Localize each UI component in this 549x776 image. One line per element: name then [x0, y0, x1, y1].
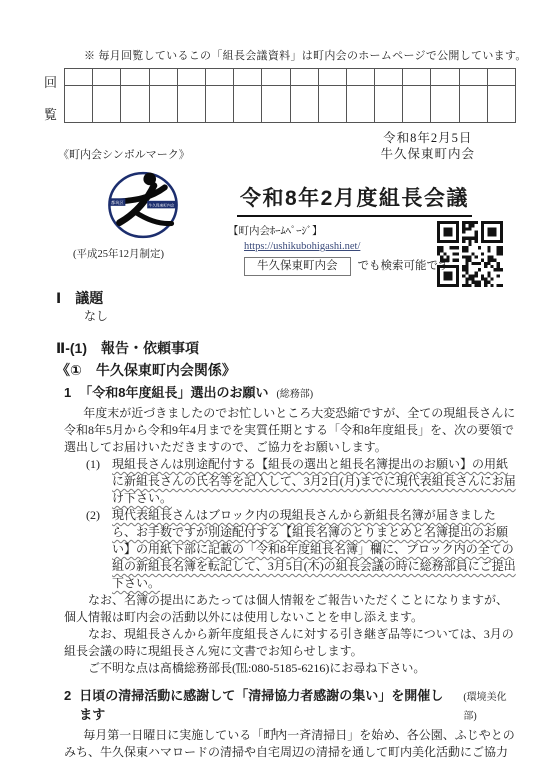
- document-body: Ⅰ 議題 なし Ⅱ-(1) 報告・依頼事項 《① 牛久保東町内会関係》 1 「令…: [56, 288, 518, 761]
- homepage-block: 【町内会ﾎｰﾑﾍﾟｰｼﾞ】 https://ushikubohigashi.ne…: [228, 225, 450, 276]
- list-item: (1) 現組長さんは別途配付する【組長の選出と組長名簿提出のお願い】の用紙に新組…: [86, 456, 518, 507]
- report-item-2-heading: 2 日頃の清掃活動に感謝して「清掃協力者感謝の集い」を開催します (環境美化部): [64, 686, 518, 726]
- kairan-cell: [318, 86, 346, 123]
- kairan-cell: [403, 69, 431, 86]
- kairan-cell: [65, 86, 93, 123]
- list-item: (2) 現代表組長さんはブロック内の現組長さんから新組長名簿が届きましたら、お手…: [86, 507, 518, 592]
- search-keyword-box: 牛久保東町内会: [244, 257, 351, 276]
- kairan-cell: [234, 69, 262, 86]
- agenda-content: なし: [84, 308, 518, 325]
- kairan-cell: [459, 86, 487, 123]
- item-1-list: (1) 現組長さんは別途配付する【組長の選出と組長名簿提出のお願い】の用紙に新組…: [86, 456, 518, 592]
- report-item-1: 1 「令和8年度組長」選出のお願い (総務部) 年度末が近づきましたのでお忙しい…: [56, 383, 518, 677]
- kairan-cell: [205, 86, 233, 123]
- kairan-cell: [177, 69, 205, 86]
- kairan-cell: [65, 69, 93, 86]
- symbol-established-note: (平成25年12月制定): [73, 246, 164, 261]
- list-marker: (2): [86, 507, 112, 592]
- kairan-cell: [205, 69, 233, 86]
- item-1-note-3: ご不明な点は髙橋総務部長(℡:080-5185-6216)にお尋ね下さい。: [64, 660, 518, 677]
- date-block: 令和8年2月5日 牛久保東町内会: [380, 130, 475, 162]
- kairan-cell: [121, 69, 149, 86]
- homepage-label: 【町内会ﾎｰﾑﾍﾟｰｼﾞ】: [228, 226, 323, 237]
- kairan-cell: [375, 86, 403, 123]
- item-department: (総務部): [276, 385, 313, 404]
- kairan-cell: [290, 69, 318, 86]
- town-association-logo: 都筑区 牛久保東町内会: [101, 165, 185, 245]
- logo-icon: 都筑区 牛久保東町内会: [101, 165, 185, 245]
- report-item-1-heading: 1 「令和8年度組長」選出のお願い (総務部): [64, 383, 518, 404]
- kairan-cell: [318, 69, 346, 86]
- kairan-cell: [121, 86, 149, 123]
- document-date: 令和8年2月5日: [380, 130, 475, 146]
- kairan-cell: [262, 86, 290, 123]
- item-number: 2: [64, 686, 71, 705]
- kairan-cell: [93, 69, 121, 86]
- search-hint: 牛久保東町内会 でも検索可能です: [244, 257, 450, 276]
- circulation-label: 回 覧: [42, 68, 60, 126]
- item-1-note-1: なお、名簿の提出にあたっては個人情報をご報告いただくことになりますが、個人情報は…: [64, 592, 518, 626]
- search-hint-text: でも検索可能です: [358, 260, 450, 273]
- kairan-cell: [149, 69, 177, 86]
- kairan-cell: [177, 86, 205, 123]
- kairan-cell: [375, 69, 403, 86]
- list-marker: (1): [86, 456, 112, 507]
- item-title: 「令和8年度組長」選出のお願い: [79, 383, 268, 402]
- organization-name: 牛久保東町内会: [380, 146, 475, 162]
- circulation-table-block: 回 覧: [42, 68, 518, 126]
- kairan-cell: [487, 86, 515, 123]
- document-page: ※ 毎月回覧しているこの「組長会議資料」は町内会のホームページで公開しています。…: [0, 0, 549, 776]
- logo-band-right: 牛久保東町内会: [149, 203, 175, 208]
- kairan-cell: [149, 86, 177, 123]
- item-number: 1: [64, 383, 71, 402]
- list-text: 現代表組長さんはブロック内の現組長さんから新組長名簿が届きましたら、お手数ですが…: [112, 507, 518, 592]
- kairan-cell: [290, 86, 318, 123]
- circulation-table: [64, 68, 516, 123]
- logo-band-left: 都筑区: [111, 199, 124, 206]
- subsection-heading: 《① 牛久保東町内会関係》: [56, 360, 518, 381]
- homepage-link[interactable]: https://ushikubohigashi.net/: [244, 240, 450, 253]
- kairan-cell: [234, 86, 262, 123]
- item-title: 日頃の清掃活動に感謝して「清掃協力者感謝の集い」を開催します: [79, 686, 455, 724]
- kairan-cell: [403, 86, 431, 123]
- item-1-intro: 年度末が近づきましたのでお忙しいところ大変恐縮ですが、全ての現組長さんに令和8年…: [64, 405, 518, 456]
- kairan-cell: [262, 69, 290, 86]
- report-item-2: 2 日頃の清掃活動に感謝して「清掃協力者感謝の集い」を開催します (環境美化部)…: [56, 686, 518, 761]
- page-title: 令和8年2月度組長会議: [237, 182, 472, 217]
- page-number: - 1 -: [0, 726, 549, 738]
- kairan-cell: [346, 86, 374, 123]
- kairan-cell: [346, 69, 374, 86]
- top-circulation-note: ※ 毎月回覧しているこの「組長会議資料」は町内会のホームページで公開しています。: [84, 47, 527, 63]
- section-heading-reports: Ⅱ-(1) 報告・依頼事項: [56, 338, 518, 359]
- kairan-cell: [487, 69, 515, 86]
- circulation-label-char2: 覧: [44, 104, 57, 123]
- symbol-mark-caption: 《町内会シンボルマーク》: [58, 146, 190, 162]
- item-department: (環境美化部): [463, 688, 518, 726]
- kairan-cell: [431, 69, 459, 86]
- kairan-cell: [93, 86, 121, 123]
- section-heading-agenda: Ⅰ 議題: [56, 288, 518, 308]
- circulation-label-char1: 回: [44, 72, 57, 91]
- item-1-note-2: なお、現組長さんから新年度組長さんに対する引き継ぎ品等については、3月の組長会議…: [64, 626, 518, 660]
- kairan-cell: [459, 69, 487, 86]
- list-text: 現組長さんは別途配付する【組長の選出と組長名簿提出のお願い】の用紙に新組長さんの…: [112, 456, 518, 507]
- kairan-cell: [431, 86, 459, 123]
- qr-code: [437, 221, 503, 287]
